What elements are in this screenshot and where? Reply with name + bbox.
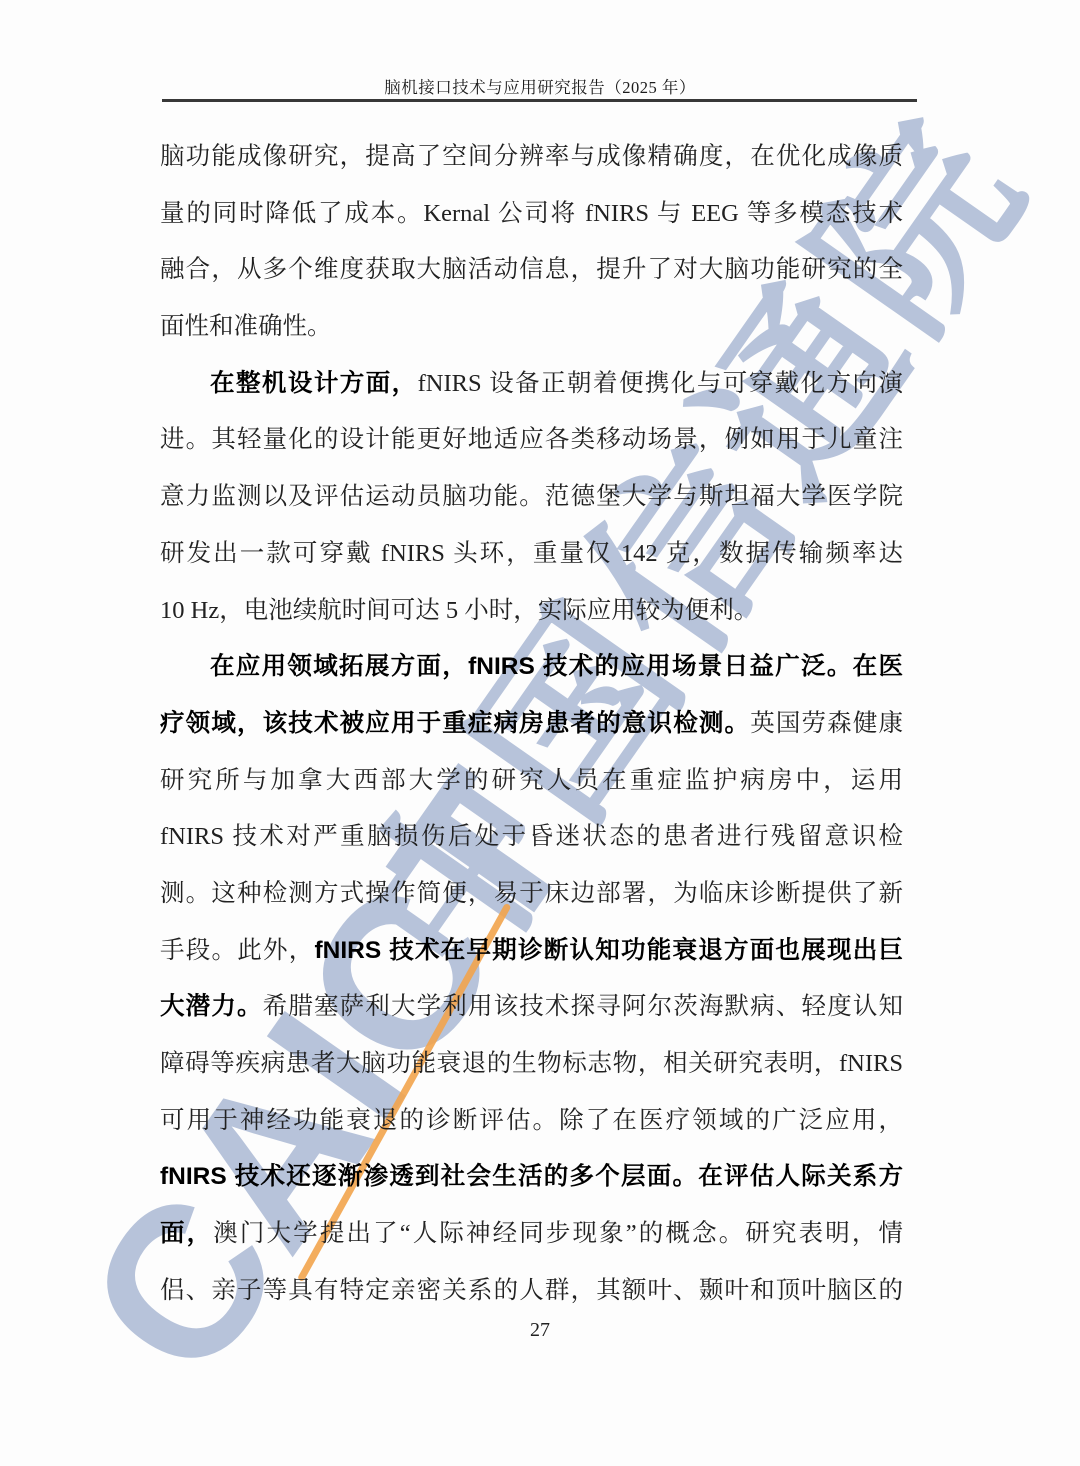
text-line: 研究所与加拿大西部大学的研究人员在重症监护病房中，运用 [160,753,903,810]
bold-text-segment: fNIRS 技术还逐渐渗透到社会生活的多个层面。在评估人际关系方 [160,1163,903,1190]
text-segment: fNIRS 设备正朝着便携化与可穿戴化方向演 [418,370,903,397]
text-line: 意力监测以及评估运动员脑功能。范德堡大学与斯坦福大学医学院 [160,469,903,526]
bold-text-segment: 面， [160,1220,213,1247]
text-segment: 手段。此外， [160,937,315,964]
text-line: 测。这种检测方式操作简便，易于床边部署，为临床诊断提供了新 [160,866,903,923]
text-line: fNIRS 技术对严重脑损伤后处于昏迷状态的患者进行残留意识检 [160,809,903,866]
text-line: 可用于神经功能衰退的诊断评估。除了在医疗领域的广泛应用， [160,1093,903,1150]
text-segment: 融合，从多个维度获取大脑活动信息，提升了对大脑功能研究的全 [160,256,903,283]
text-line: 在应用领域拓展方面，fNIRS 技术的应用场景日益广泛。在医 [160,639,903,696]
bold-text-segment: 大潜力。 [160,993,263,1020]
text-line: 在整机设计方面，fNIRS 设备正朝着便携化与可穿戴化方向演 [160,356,903,413]
text-line: 手段。此外，fNIRS 技术在早期诊断认知功能衰退方面也展现出巨 [160,923,903,980]
body-text: 脑功能成像研究，提高了空间分辨率与成像精确度，在优化成像质量的同时降低了成本。K… [160,129,903,1319]
text-line: 进。其轻量化的设计能更好地适应各类移动场景，例如用于儿童注 [160,412,903,469]
text-segment: 10 Hz，电池续航时间可达 5 小时，实际应用较为便利。 [160,597,758,624]
text-line: 侣、亲子等具有特定亲密关系的人群，其额叶、颞叶和顶叶脑区的 [160,1263,903,1320]
document-page: 中国信通院 CAICT 脑机接口技术与应用研究报告（2025 年） 脑功能成像研… [0,0,1080,1466]
text-segment: 英国劳森健康 [750,710,903,737]
header-rule [162,99,917,102]
page-header-title: 脑机接口技术与应用研究报告（2025 年） [0,74,1080,98]
text-line: 研发出一款可穿戴 fNIRS 头环，重量仅 142 克，数据传输频率达 [160,526,903,583]
text-line: 量的同时降低了成本。Kernal 公司将 fNIRS 与 EEG 等多模态技术 [160,186,903,243]
text-line: 疗领域，该技术被应用于重症病房患者的意识检测。英国劳森健康 [160,696,903,753]
text-segment: 研发出一款可穿戴 fNIRS 头环，重量仅 142 克，数据传输频率达 [160,540,903,567]
text-line: 面，澳门大学提出了“人际神经同步现象”的概念。研究表明，情 [160,1206,903,1263]
text-segment: 量的同时降低了成本。Kernal 公司将 fNIRS 与 EEG 等多模态技术 [160,200,903,227]
text-segment: 障碍等疾病患者大脑功能衰退的生物标志物，相关研究表明，fNIRS [160,1050,903,1077]
text-segment: 澳门大学提出了“人际神经同步现象”的概念。研究表明，情 [213,1220,903,1247]
text-line: 面性和准确性。 [160,299,903,356]
text-segment: 进。其轻量化的设计能更好地适应各类移动场景，例如用于儿童注 [160,426,903,453]
text-segment: 可用于神经功能衰退的诊断评估。除了在医疗领域的广泛应用， [160,1107,903,1134]
text-segment: 研究所与加拿大西部大学的研究人员在重症监护病房中，运用 [160,767,903,794]
text-line: 脑功能成像研究，提高了空间分辨率与成像精确度，在优化成像质 [160,129,903,186]
text-segment: 脑功能成像研究，提高了空间分辨率与成像精确度，在优化成像质 [160,143,903,170]
bold-text-segment: 在应用领域拓展方面，fNIRS 技术的应用场景日益广泛。在医 [210,653,903,680]
text-line: fNIRS 技术还逐渐渗透到社会生活的多个层面。在评估人际关系方 [160,1149,903,1206]
text-segment: 面性和准确性。 [160,313,332,340]
text-segment: 测。这种检测方式操作简便，易于床边部署，为临床诊断提供了新 [160,880,903,907]
text-line: 大潜力。希腊塞萨利大学利用该技术探寻阿尔茨海默病、轻度认知 [160,979,903,1036]
text-line: 融合，从多个维度获取大脑活动信息，提升了对大脑功能研究的全 [160,242,903,299]
text-segment: 侣、亲子等具有特定亲密关系的人群，其额叶、颞叶和顶叶脑区的 [160,1277,903,1304]
page-number: 27 [0,1316,1080,1344]
text-line: 障碍等疾病患者大脑功能衰退的生物标志物，相关研究表明，fNIRS [160,1036,903,1093]
text-segment: fNIRS 技术对严重脑损伤后处于昏迷状态的患者进行残留意识检 [160,823,903,850]
text-line: 10 Hz，电池续航时间可达 5 小时，实际应用较为便利。 [160,583,903,640]
text-segment: 希腊塞萨利大学利用该技术探寻阿尔茨海默病、轻度认知 [263,993,903,1020]
bold-text-segment: fNIRS 技术在早期诊断认知功能衰退方面也展现出巨 [315,937,904,964]
bold-text-segment: 疗领域，该技术被应用于重症病房患者的意识检测。 [160,710,750,737]
bold-text-segment: 在整机设计方面， [210,370,418,397]
text-segment: 意力监测以及评估运动员脑功能。范德堡大学与斯坦福大学医学院 [160,483,903,510]
